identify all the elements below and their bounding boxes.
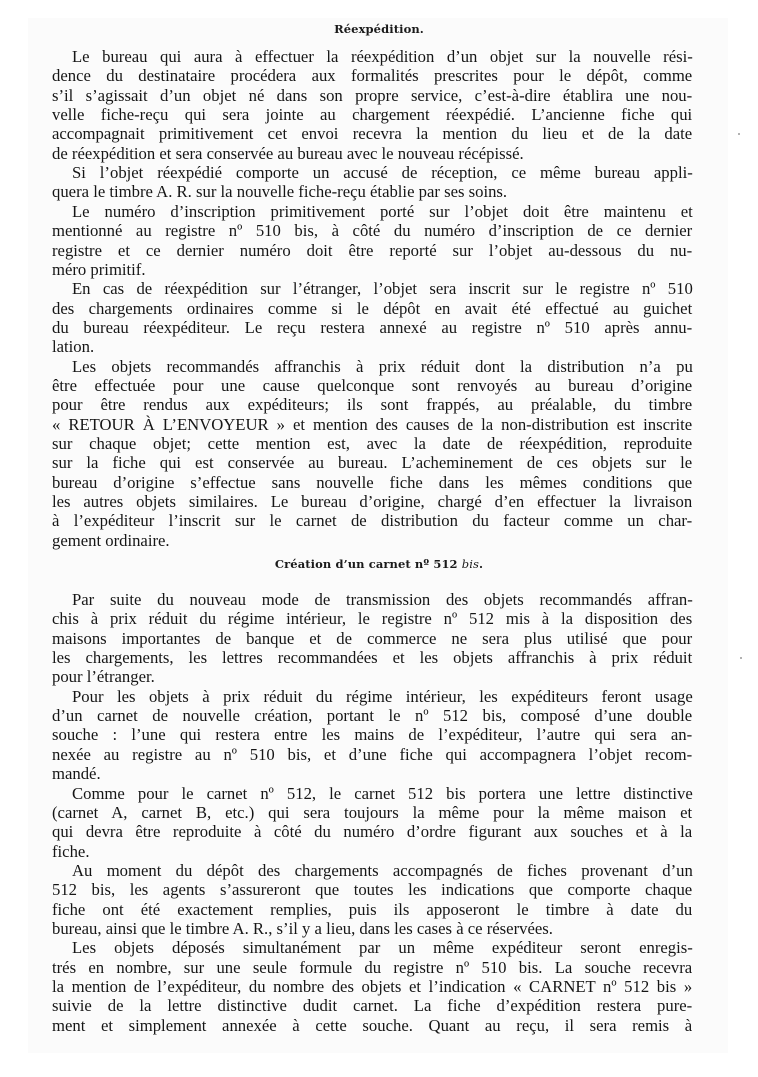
text-line: Le numéro d’inscription primitivement po… (72, 202, 693, 222)
text-line: sur chaque objet; cette mention est, ave… (52, 434, 692, 454)
text-line: Au moment du dépôt des chargements accom… (72, 861, 693, 881)
text-line: mandé. (52, 764, 692, 784)
text-line: « RETOUR À L’ENVOYEUR » et mention des c… (52, 415, 692, 435)
text-line: velle fiche-reçu qui sera jointe au char… (52, 105, 692, 125)
text-line: pour être rendus aux expéditeurs; ils so… (52, 395, 692, 415)
scan-speck (740, 657, 742, 659)
text-line: du bureau réexpéditeur. Le reçu restera … (52, 318, 692, 338)
text-line: trés en nombre, sur une seule formule du… (52, 958, 692, 978)
text-line: suivie de la lettre distinctive dudit ca… (52, 996, 692, 1016)
text-line: maisons importantes de banque et de comm… (52, 629, 692, 649)
section-heading-reexpedition: Réexpédition. (0, 22, 758, 36)
section-heading-carnet-512-bis: Création d’un carnet nº 512 bis. (0, 557, 758, 571)
document-page: Réexpédition. Le bureau qui aura à effec… (0, 0, 758, 1077)
text-line: de réexpédition et sera conservée au bur… (52, 144, 692, 164)
heading-italic: bis (462, 557, 479, 571)
scan-speck (738, 133, 740, 135)
text-line: souche : l’une qui restera entre les mai… (52, 725, 692, 745)
text-line: fiche. (52, 842, 692, 862)
text-line: des chargements ordinaires comme si le d… (52, 299, 692, 319)
text-line: Les objets recommandés affranchis à prix… (72, 357, 693, 377)
text-line: les chargements, les lettres recommandée… (52, 648, 692, 668)
text-line: (carnet A, carnet B, etc.) qui sera touj… (52, 803, 692, 823)
text-line: Si l’objet réexpédié comporte un accusé … (72, 163, 693, 183)
text-line: les autres objets similaires. Le bureau … (52, 492, 692, 512)
text-line: s’il s’agissait d’un objet né dans son p… (52, 86, 692, 106)
text-line: être effectuée pour une cause quelconque… (52, 376, 692, 396)
text-line: sur la fiche qui est conservée au bureau… (52, 453, 692, 473)
text-line: pour l’étranger. (52, 667, 692, 687)
text-line: En cas de réexpédition sur l’étranger, l… (72, 279, 693, 299)
text-line: Comme pour le carnet nº 512, le carnet 5… (72, 784, 693, 804)
text-line: méro primitif. (52, 260, 692, 280)
text-line: nexée au registre au nº 510 bis, et d’un… (52, 745, 692, 765)
text-line: Pour les objets à prix réduit du régime … (72, 687, 693, 707)
text-line: à l’expéditeur l’inscrit sur le carnet d… (52, 511, 692, 531)
text-line: bureau, ainsi que le timbre A. R., s’il … (52, 919, 692, 939)
text-line: mentionné au registre nº 510 bis, à côté… (52, 221, 692, 241)
text-line: qui devra être reproduite à côté du numé… (52, 822, 692, 842)
text-line: dence du destinataire procédera aux form… (52, 66, 692, 86)
text-line: chis à prix réduit du régime intérieur, … (52, 609, 692, 629)
text-line: Par suite du nouveau mode de transmissio… (72, 590, 693, 610)
text-line: bureau d’origine s’effectue sans nouvell… (52, 473, 692, 493)
text-line: registre et ce dernier numéro doit être … (52, 241, 692, 261)
text-line: 512 bis, les agents s’assureront que tou… (52, 880, 692, 900)
text-line: d’un carnet de nouvelle création, portan… (52, 706, 692, 726)
text-line: quera le timbre A. R. sur la nouvelle fi… (52, 182, 692, 202)
text-line: lation. (52, 337, 692, 357)
text-line: ment et simplement annexée à cette souch… (52, 1016, 692, 1036)
heading-text: Création d’un carnet nº 512 (275, 557, 458, 571)
text-line: Les objets déposés simultanément par un … (72, 938, 693, 958)
text-line: accompagnait primitivement cet envoi rec… (52, 124, 692, 144)
text-line: la mention de l’expéditeur, du nombre de… (52, 977, 692, 997)
text-line: fiche ont été exactement remplies, puis … (52, 900, 692, 920)
text-line: gement ordinaire. (52, 531, 692, 551)
heading-end: . (479, 557, 483, 571)
text-line: Le bureau qui aura à effectuer la réexpé… (72, 47, 693, 67)
